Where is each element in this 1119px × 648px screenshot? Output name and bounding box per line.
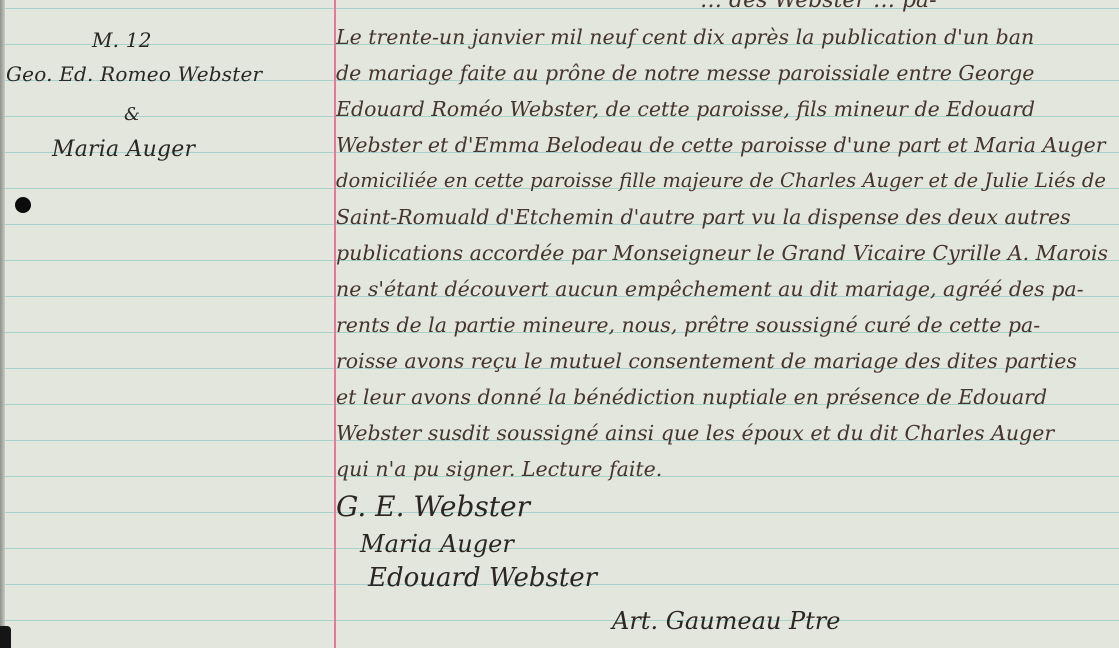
- groom-name: Geo. Ed. Romeo Webster: [6, 62, 262, 86]
- signature-witness: Edouard Webster: [368, 563, 597, 593]
- corner-mark: [0, 626, 11, 648]
- body-line-7: publications accordée par Monseigneur le…: [336, 238, 1116, 268]
- bride-name: Maria Auger: [52, 137, 195, 162]
- register-page: M. 12 Geo. Ed. Romeo Webster & Maria Aug…: [0, 0, 1119, 648]
- body-line-1: Le trente-un janvier mil neuf cent dix a…: [336, 22, 1116, 52]
- signature-bride: Maria Auger: [360, 530, 514, 558]
- body-line-3: Edouard Roméo Webster, de cette paroisse…: [336, 94, 1116, 124]
- body-line-8: ne s'étant découvert aucun empêchement a…: [336, 274, 1116, 304]
- entry-number: M. 12: [92, 28, 152, 52]
- punch-hole: [15, 197, 31, 213]
- binding-edge: [0, 0, 5, 648]
- body-line-5: domiciliée en cette paroisse fille majeu…: [336, 166, 1116, 196]
- body-line-12: Webster susdit soussigné ainsi que les é…: [336, 418, 1116, 448]
- signature-groom: G. E. Webster: [336, 490, 530, 523]
- body-line-10: roisse avons reçu le mutuel consentement…: [336, 346, 1116, 376]
- body-line-11: et leur avons donné la bénédiction nupti…: [336, 382, 1116, 412]
- body-line-2: de mariage faite au prône de notre messe…: [336, 58, 1116, 88]
- conjunction: &: [124, 104, 140, 125]
- body-line-9: rents de la partie mineure, nous, prêtre…: [336, 310, 1116, 340]
- top-fragment-line: … des Webster … pa-: [700, 0, 1100, 16]
- signature-priest: Art. Gaumeau Ptre: [612, 607, 840, 635]
- body-line-6: Saint-Romuald d'Etchemin d'autre part vu…: [336, 202, 1116, 232]
- body-line-13: qui n'a pu signer. Lecture faite.: [336, 454, 1116, 484]
- body-line-4: Webster et d'Emma Belodeau de cette paro…: [336, 130, 1116, 160]
